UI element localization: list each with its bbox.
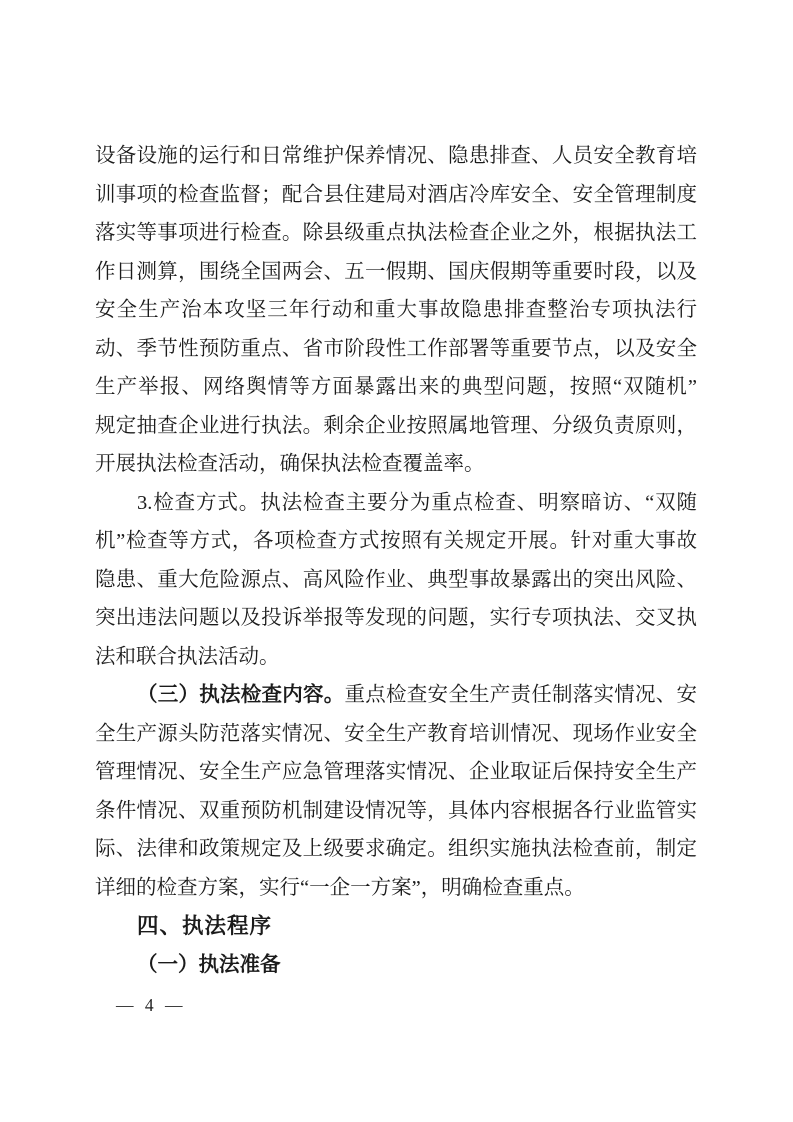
text-run: （一）执法准备 (137, 954, 281, 976)
text-line: 安全生产治本攻坚三年行动和重大事故隐患排查整治专项执法行 (95, 291, 697, 330)
text-run: 管理情况、安全生产应急管理落实情况、企业取证后保持安全生产 (95, 761, 697, 783)
text-line: 作日测算，围绕全国两会、五一假期、国庆假期等重要时段，以及 (95, 253, 697, 292)
paragraph-inspection-content: （三）执法检查内容。重点检查安全生产责任制落实情况、安全生产源头防范落实情况、安… (95, 676, 697, 907)
text-line: 际、法律和政策规定及上级要求确定。组织实施执法检查前，制定 (95, 830, 697, 869)
paragraph-inspection-method: 3.检查方式。执法检查主要分为重点检查、明察暗访、“双随机”检查等方式，各项检查… (95, 484, 697, 677)
text-run: 全生产源头防范落实情况、安全生产教育培训情况、现场作业安全 (95, 723, 697, 745)
text-run: 四、执法程序 (137, 914, 272, 938)
text-line: 突出违法问题以及投诉举报等发现的问题，实行专项执法、交叉执 (95, 599, 697, 638)
text-line: 四、执法程序 (95, 907, 697, 946)
text-run: 安全生产治本攻坚三年行动和重大事故隐患排查整治专项执法行 (95, 299, 697, 321)
section-heading-four: 四、执法程序 (95, 907, 697, 946)
text-line: （三）执法检查内容。重点检查安全生产责任制落实情况、安 (95, 676, 697, 715)
text-line: 法和联合执法活动。 (95, 638, 697, 677)
subsection-heading-one: （一）执法准备 (95, 946, 697, 985)
text-run: 3.检查方式。执法检查主要分为重点检查、明察暗访、“双随 (137, 492, 697, 514)
text-line: 详细的检查方案，实行“一企一方案”，明确检查重点。 (95, 869, 697, 908)
text-run: 设备设施的运行和日常维护保养情况、隐患排查、人员安全教育培 (95, 145, 697, 167)
text-line: 机”检查等方式，各项检查方式按照有关规定开展。针对重大事故 (95, 522, 697, 561)
text-line: 条件情况、双重预防机制建设情况等，具体内容根据各行业监管实 (95, 792, 697, 831)
text-run: 突出违法问题以及投诉举报等发现的问题，实行专项执法、交叉执 (95, 607, 697, 629)
emphasis-run: （三）执法检查内容。 (137, 684, 345, 706)
text-line: 3.检查方式。执法检查主要分为重点检查、明察暗访、“双随 (95, 484, 697, 523)
text-line: 训事项的检查监督；配合县住建局对酒店冷库安全、安全管理制度 (95, 176, 697, 215)
text-run: 法和联合执法活动。 (95, 646, 280, 668)
text-line: 管理情况、安全生产应急管理落实情况、企业取证后保持安全生产 (95, 753, 697, 792)
text-run: 条件情况、双重预防机制建设情况等，具体内容根据各行业监管实 (95, 800, 697, 822)
text-line: 生产举报、网络舆情等方面暴露出来的典型问题，按照“双随机” (95, 368, 697, 407)
text-run: 规定抽查企业进行执法。剩余企业按照属地管理、分级负责原则， (95, 415, 697, 437)
text-line: 规定抽查企业进行执法。剩余企业按照属地管理、分级负责原则， (95, 407, 697, 446)
paragraph-continuation: 设备设施的运行和日常维护保养情况、隐患排查、人员安全教育培训事项的检查监督；配合… (95, 137, 697, 484)
text-line: 隐患、重大危险源点、高风险作业、典型事故暴露出的突出风险、 (95, 561, 697, 600)
text-run: 机”检查等方式，各项检查方式按照有关规定开展。针对重大事故 (95, 530, 697, 552)
text-line: 动、季节性预防重点、省市阶段性工作部署等重要节点，以及安全 (95, 330, 697, 369)
text-run: 训事项的检查监督；配合县住建局对酒店冷库安全、安全管理制度 (95, 184, 697, 206)
text-run: 落实等事项进行检查。除县级重点执法检查企业之外，根据执法工 (95, 222, 697, 244)
page-number: — 4 — (95, 986, 183, 1025)
text-run: 际、法律和政策规定及上级要求确定。组织实施执法检查前，制定 (95, 838, 697, 860)
text-line: 设备设施的运行和日常维护保养情况、隐患排查、人员安全教育培 (95, 137, 697, 176)
text-run: 作日测算，围绕全国两会、五一假期、国庆假期等重要时段，以及 (95, 261, 697, 283)
document-page: 设备设施的运行和日常维护保养情况、隐患排查、人员安全教育培训事项的检查监督；配合… (0, 0, 793, 1122)
text-line: （一）执法准备 (95, 946, 697, 985)
text-line: 开展执法检查活动，确保执法检查覆盖率。 (95, 445, 697, 484)
text-run: 重点检查安全生产责任制落实情况、安 (345, 684, 698, 706)
document-body: 设备设施的运行和日常维护保养情况、隐患排查、人员安全教育培训事项的检查监督；配合… (95, 137, 697, 984)
text-line: 全生产源头防范落实情况、安全生产教育培训情况、现场作业安全 (95, 715, 697, 754)
text-run: 生产举报、网络舆情等方面暴露出来的典型问题，按照“双随机” (95, 376, 697, 398)
text-line: 落实等事项进行检查。除县级重点执法检查企业之外，根据执法工 (95, 214, 697, 253)
text-run: 动、季节性预防重点、省市阶段性工作部署等重要节点，以及安全 (95, 338, 697, 360)
text-run: 开展执法检查活动，确保执法检查覆盖率。 (95, 453, 485, 475)
text-run: 详细的检查方案，实行“一企一方案”，明确检查重点。 (95, 877, 585, 899)
text-run: 隐患、重大危险源点、高风险作业、典型事故暴露出的突出风险、 (95, 569, 697, 591)
